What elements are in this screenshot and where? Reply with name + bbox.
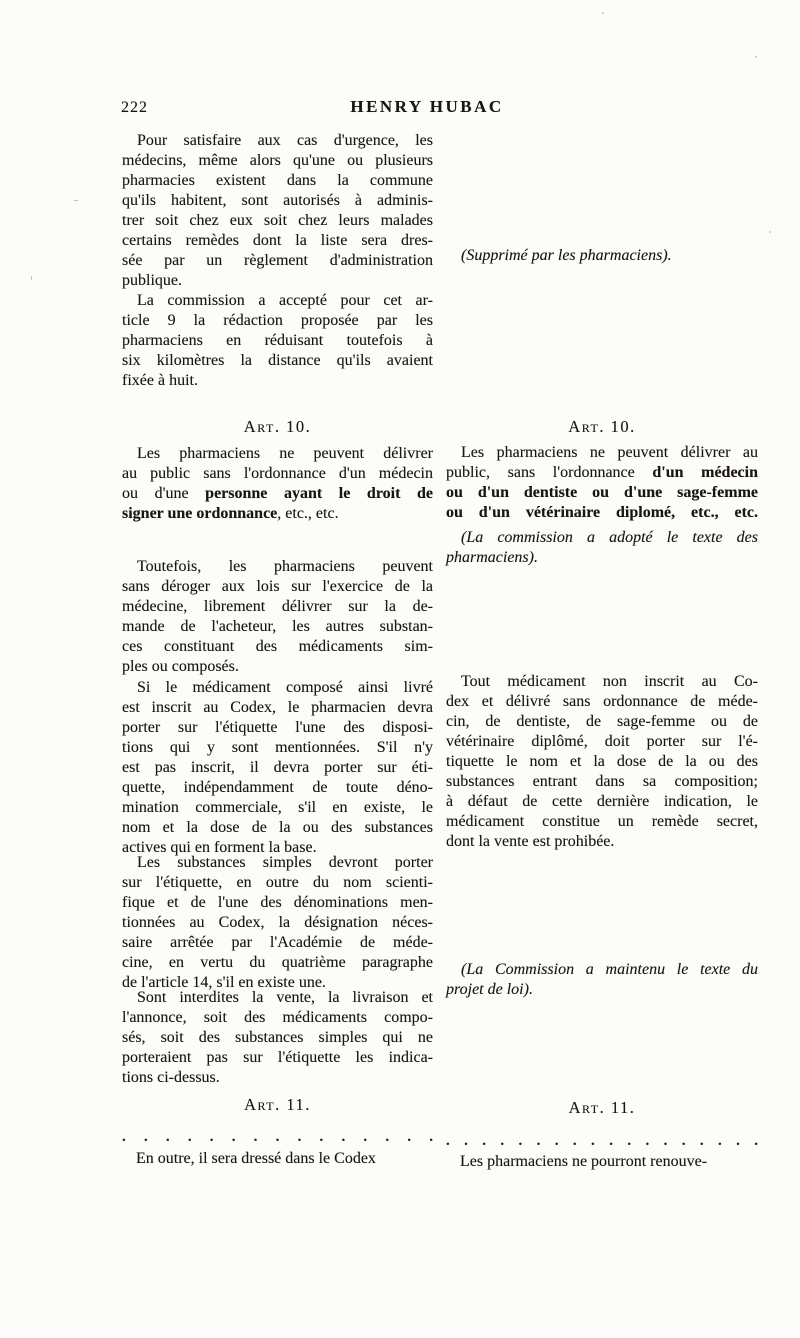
text-line: nom et la dose de la ou des substances: [122, 818, 433, 838]
book-page-scan: 222 HENRY HUBAC Pour satisfaire aux cas …: [0, 0, 800, 1338]
paragraph: Les pharmaciens ne peuvent délivrer aupu…: [446, 443, 758, 523]
bold-text-segment: d'un médecin: [652, 464, 758, 481]
paragraph: Les pharmaciens ne peuvent délivrerau pu…: [122, 444, 433, 524]
text-line: fixée à huit.: [122, 371, 433, 391]
text-line: pharmacies existent dans la commune: [122, 171, 433, 191]
text-line: La commission a accepté pour cet ar-: [122, 291, 433, 311]
text-line: publique.: [122, 271, 433, 291]
text-line: tions qui y sont mentionnées. S'il n'y: [122, 738, 433, 758]
scan-speck: [31, 276, 32, 280]
text-line: projet de loi).: [446, 980, 758, 1000]
article-heading: Art. 11.: [446, 1098, 758, 1118]
text-line: médecine, librement délivrer sur la de-: [122, 597, 433, 617]
text-line: substances entrant dans sa composition;: [446, 772, 758, 792]
text-line: Tout médicament non inscrit au Co-: [446, 672, 758, 692]
commission-note: (Supprimé par les pharmaciens).: [446, 246, 758, 266]
text-line: (La commission a adopté le texte des: [446, 528, 758, 548]
text-line: Les pharmaciens ne peuvent délivrer au: [446, 443, 758, 463]
scan-speck: [602, 12, 604, 14]
text-line: (La Commission a maintenu le texte du: [446, 960, 758, 980]
paragraph: Sont interdites la vente, la livraison e…: [122, 988, 433, 1088]
text-line: porter sur l'étiquette l'une des disposi…: [122, 718, 433, 738]
text-line: cine, en vertu du quatrième paragraphe: [122, 953, 433, 973]
dots-separator: . . . . . . . . . . . . . . . . . .: [446, 1133, 758, 1149]
text-line: pharmaciens).: [446, 548, 758, 568]
text-line: mination commerciale, s'il en existe, le: [122, 798, 433, 818]
text-line: Les pharmaciens ne peuvent délivrer: [122, 444, 433, 464]
text-line: public, sans l'ordonnance d'un médecin: [446, 463, 758, 483]
text-line: au public sans l'ordonnance d'un médecin: [122, 464, 433, 484]
text-line: Toutefois, les pharmaciens peuvent: [122, 557, 433, 577]
text-line: ou d'un vétérinaire diplomé, etc., etc.: [446, 503, 758, 523]
text-line: est pas inscrit, il devra porter sur éti…: [122, 758, 433, 778]
paragraph: Si le médicament composé ainsi livréest …: [122, 678, 433, 858]
paragraph: La commission a accepté pour cet ar-ticl…: [122, 291, 433, 391]
bold-text-segment: ou d'un vétérinaire diplomé, etc., etc.: [446, 504, 758, 521]
text-line: sans déroger aux lois sur l'exercice de …: [122, 577, 433, 597]
text-segment: public, sans l'ordonnance: [446, 464, 652, 481]
commission-note: (La commission a adopté le texte desphar…: [446, 528, 758, 568]
article-heading: Art. 11.: [122, 1095, 433, 1115]
text-line: dex et délivré sans ordonnance de méde-: [446, 692, 758, 712]
text-line: tiquette le nom et la dose de la ou des: [446, 752, 758, 772]
text-line: porteraient pas sur l'étiquette les indi…: [122, 1048, 433, 1068]
dots-separator: . . . . . . . . . . . . . . .: [122, 1129, 433, 1145]
text-line: vétérinaire diplômé, doit porter sur l'é…: [446, 732, 758, 752]
paragraph: Pour satisfaire aux cas d'urgence, lesmé…: [122, 131, 433, 291]
text-line: Pour satisfaire aux cas d'urgence, les: [122, 131, 433, 151]
text-line: dont la vente est prohibée.: [446, 832, 758, 852]
text-line: ples ou composés.: [122, 657, 433, 677]
bold-text-segment: personne ayant le droit de: [205, 485, 433, 502]
left-column: Pour satisfaire aux cas d'urgence, lesmé…: [122, 0, 433, 1338]
text-line: En outre, il sera dressé dans le Codex: [122, 1149, 433, 1169]
scan-speck: [755, 56, 757, 58]
text-line: certains remèdes dont la liste sera dres…: [122, 231, 433, 251]
text-line: ces constituant des médicaments sim-: [122, 637, 433, 657]
text-line: médecins, même alors qu'une ou plusieurs: [122, 151, 433, 171]
text-line: ticle 9 la rédaction proposée par les: [122, 311, 433, 331]
text-line: l'annonce, soit des médicaments compo-: [122, 1008, 433, 1028]
text-line: à défaut de cette dernière indication, l…: [446, 792, 758, 812]
text-line: Sont interdites la vente, la livraison e…: [122, 988, 433, 1008]
text-line: fique et de l'une des dénominations men-: [122, 893, 433, 913]
text-line: saire arrêtée par l'Académie de méde-: [122, 933, 433, 953]
text-line: sés, soit des substances simples qui ne: [122, 1028, 433, 1048]
paragraph: Les substances simples devront portersur…: [122, 853, 433, 993]
bold-text-segment: ou d'un dentiste ou d'une sage-femme: [446, 484, 758, 501]
article-heading: Art. 10.: [446, 417, 758, 437]
text-line: sée par un règlement d'administration: [122, 251, 433, 271]
text-line: Les substances simples devront porter: [122, 853, 433, 873]
text-line: tionnées au Codex, la désignation néces-: [122, 913, 433, 933]
article-heading: Art. 10.: [122, 417, 433, 437]
scan-speck: [74, 200, 78, 201]
text-line: médicament constitue un remède secret,: [446, 812, 758, 832]
right-column: (Supprimé par les pharmaciens).Art. 10.L…: [446, 0, 758, 1338]
text-line: mande de l'acheteur, les autres substan-: [122, 617, 433, 637]
text-segment: ou d'une: [122, 485, 205, 502]
paragraph: Tout médicament non inscrit au Co-dex et…: [446, 672, 758, 852]
bold-text-segment: signer une ordonnance: [122, 505, 277, 522]
text-line: Les pharmaciens ne pourront renouve-: [446, 1152, 758, 1172]
text-line: Si le médicament composé ainsi livré: [122, 678, 433, 698]
scan-speck: [769, 231, 771, 233]
text-line: tions ci-dessus.: [122, 1068, 433, 1088]
text-line: six kilomètres la distance qu'ils avaien…: [122, 351, 433, 371]
text-line: signer une ordonnance, etc., etc.: [122, 504, 433, 524]
text-line: trer soit chez eux soit chez leurs malad…: [122, 211, 433, 231]
text-segment: , etc., etc.: [277, 505, 338, 522]
commission-note: (La Commission a maintenu le texte dupro…: [446, 960, 758, 1000]
text-line: qu'ils habitent, sont autorisés à admini…: [122, 191, 433, 211]
text-line: sur l'étiquette, en outre du nom scienti…: [122, 873, 433, 893]
paragraph: Toutefois, les pharmaciens peuventsans d…: [122, 557, 433, 677]
text-line: est inscrit au Codex, le pharmacien devr…: [122, 698, 433, 718]
text-line: cin, de dentiste, de sage-femme ou de: [446, 712, 758, 732]
text-line: ou d'une personne ayant le droit de: [122, 484, 433, 504]
text-line: (Supprimé par les pharmaciens).: [446, 246, 758, 266]
text-line: pharmaciens en réduisant toutefois à: [122, 331, 433, 351]
text-line: quette, indépendamment de toute déno-: [122, 778, 433, 798]
text-line: ou d'un dentiste ou d'une sage-femme: [446, 483, 758, 503]
